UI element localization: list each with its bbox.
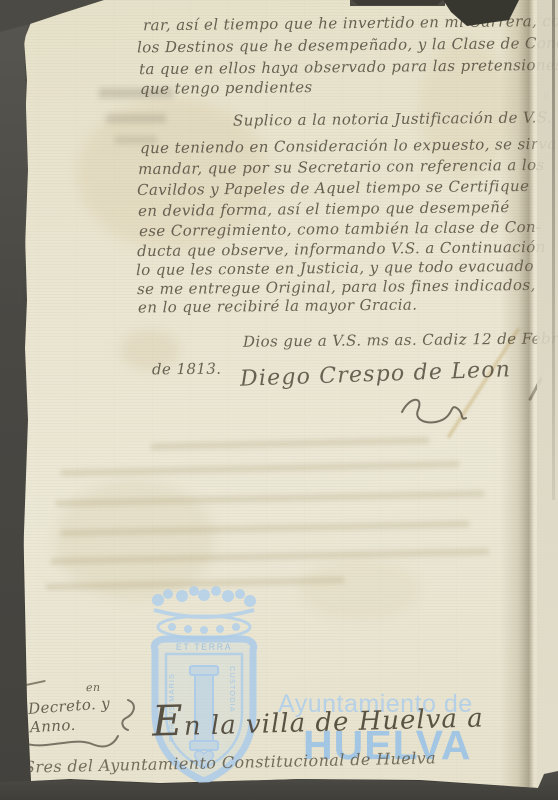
margin-note-flourish-icon <box>16 698 146 758</box>
signature-rubric-icon <box>396 388 470 428</box>
manuscript-line: en lo que recibiré la mayor Gracia. <box>138 296 418 317</box>
manuscript-line: que tengo pendientes <box>140 78 313 98</box>
adjacent-page-shadow <box>552 0 555 500</box>
crest-motto-top: ET TERRA <box>176 642 232 652</box>
page-fold-crease <box>500 0 540 800</box>
paper-stain <box>300 560 420 620</box>
closing-date: de 1813. <box>152 360 222 379</box>
opening-line: En la villa de Huelva a <box>151 687 484 745</box>
scanned-document-view: ET TERRA PORTUS MARIS CUSTODIA Ayuntamie… <box>0 0 558 800</box>
top-edge-shadow <box>350 0 445 6</box>
margin-note-superscript: en <box>86 681 101 694</box>
mural-crown-icon <box>152 586 256 638</box>
